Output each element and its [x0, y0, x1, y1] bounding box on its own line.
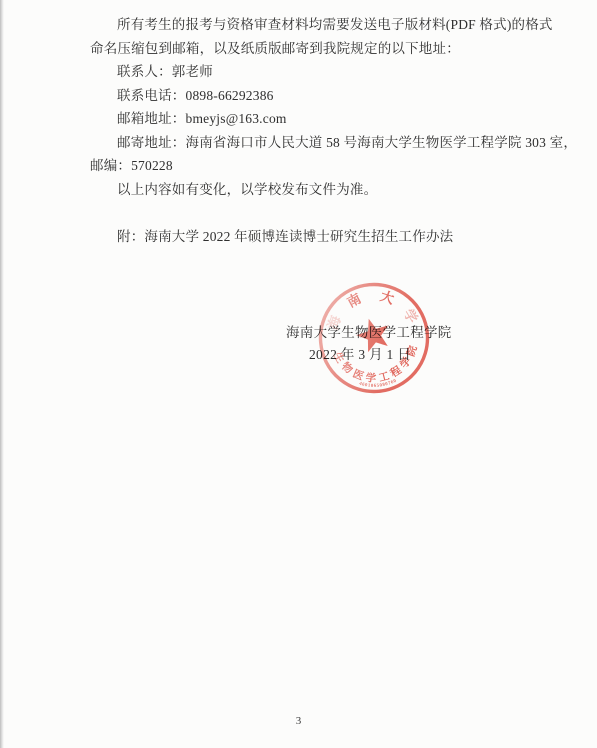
line-disclaimer: 以上内容如有变化，以学校发布文件为准。 — [90, 178, 590, 202]
seal-bottom-char: 学 — [365, 371, 377, 385]
document-page: 所有考生的报考与资格审查材料均需要发送电子版材料(PDF 格式)的格式 命名压缩… — [0, 0, 597, 748]
seal-bottom-char: 院 — [404, 343, 420, 358]
line-email-address: 邮箱地址：bmeyjs@163.com — [90, 107, 590, 131]
line-contact-person: 联系人：郭老师 — [90, 60, 590, 84]
line-contact-phone: 联系电话：0898-66292386 — [90, 84, 590, 108]
document-body: 所有考生的报考与资格审查材料均需要发送电子版材料(PDF 格式)的格式 命名压缩… — [90, 13, 590, 248]
seal-bottom-char: 医 — [351, 367, 366, 383]
star-icon — [355, 317, 390, 353]
line-spacer — [90, 201, 590, 225]
line-postal-code: 邮编：570228 — [90, 154, 590, 178]
line-intro-1: 所有考生的报考与资格审查材料均需要发送电子版材料(PDF 格式)的格式 — [90, 13, 590, 37]
official-seal-stamp: 海 南 大 学 生 物 医 学 工 程 学 院 4601065080760 — [309, 273, 439, 403]
line-mailing-address: 邮寄地址：海南省海口市人民大道 58 号海南大学生物医学工程学院 303 室， — [90, 131, 590, 155]
line-intro-2: 命名压缩包到邮箱，以及纸质版邮寄到我院规定的以下地址： — [90, 37, 590, 61]
seal-top-char: 大 — [378, 287, 396, 307]
scan-edge-shadow — [0, 0, 4, 748]
page-number: 3 — [0, 715, 597, 727]
line-attachment: 附：海南大学 2022 年硕博连读博士研究生招生工作办法 — [90, 225, 590, 249]
